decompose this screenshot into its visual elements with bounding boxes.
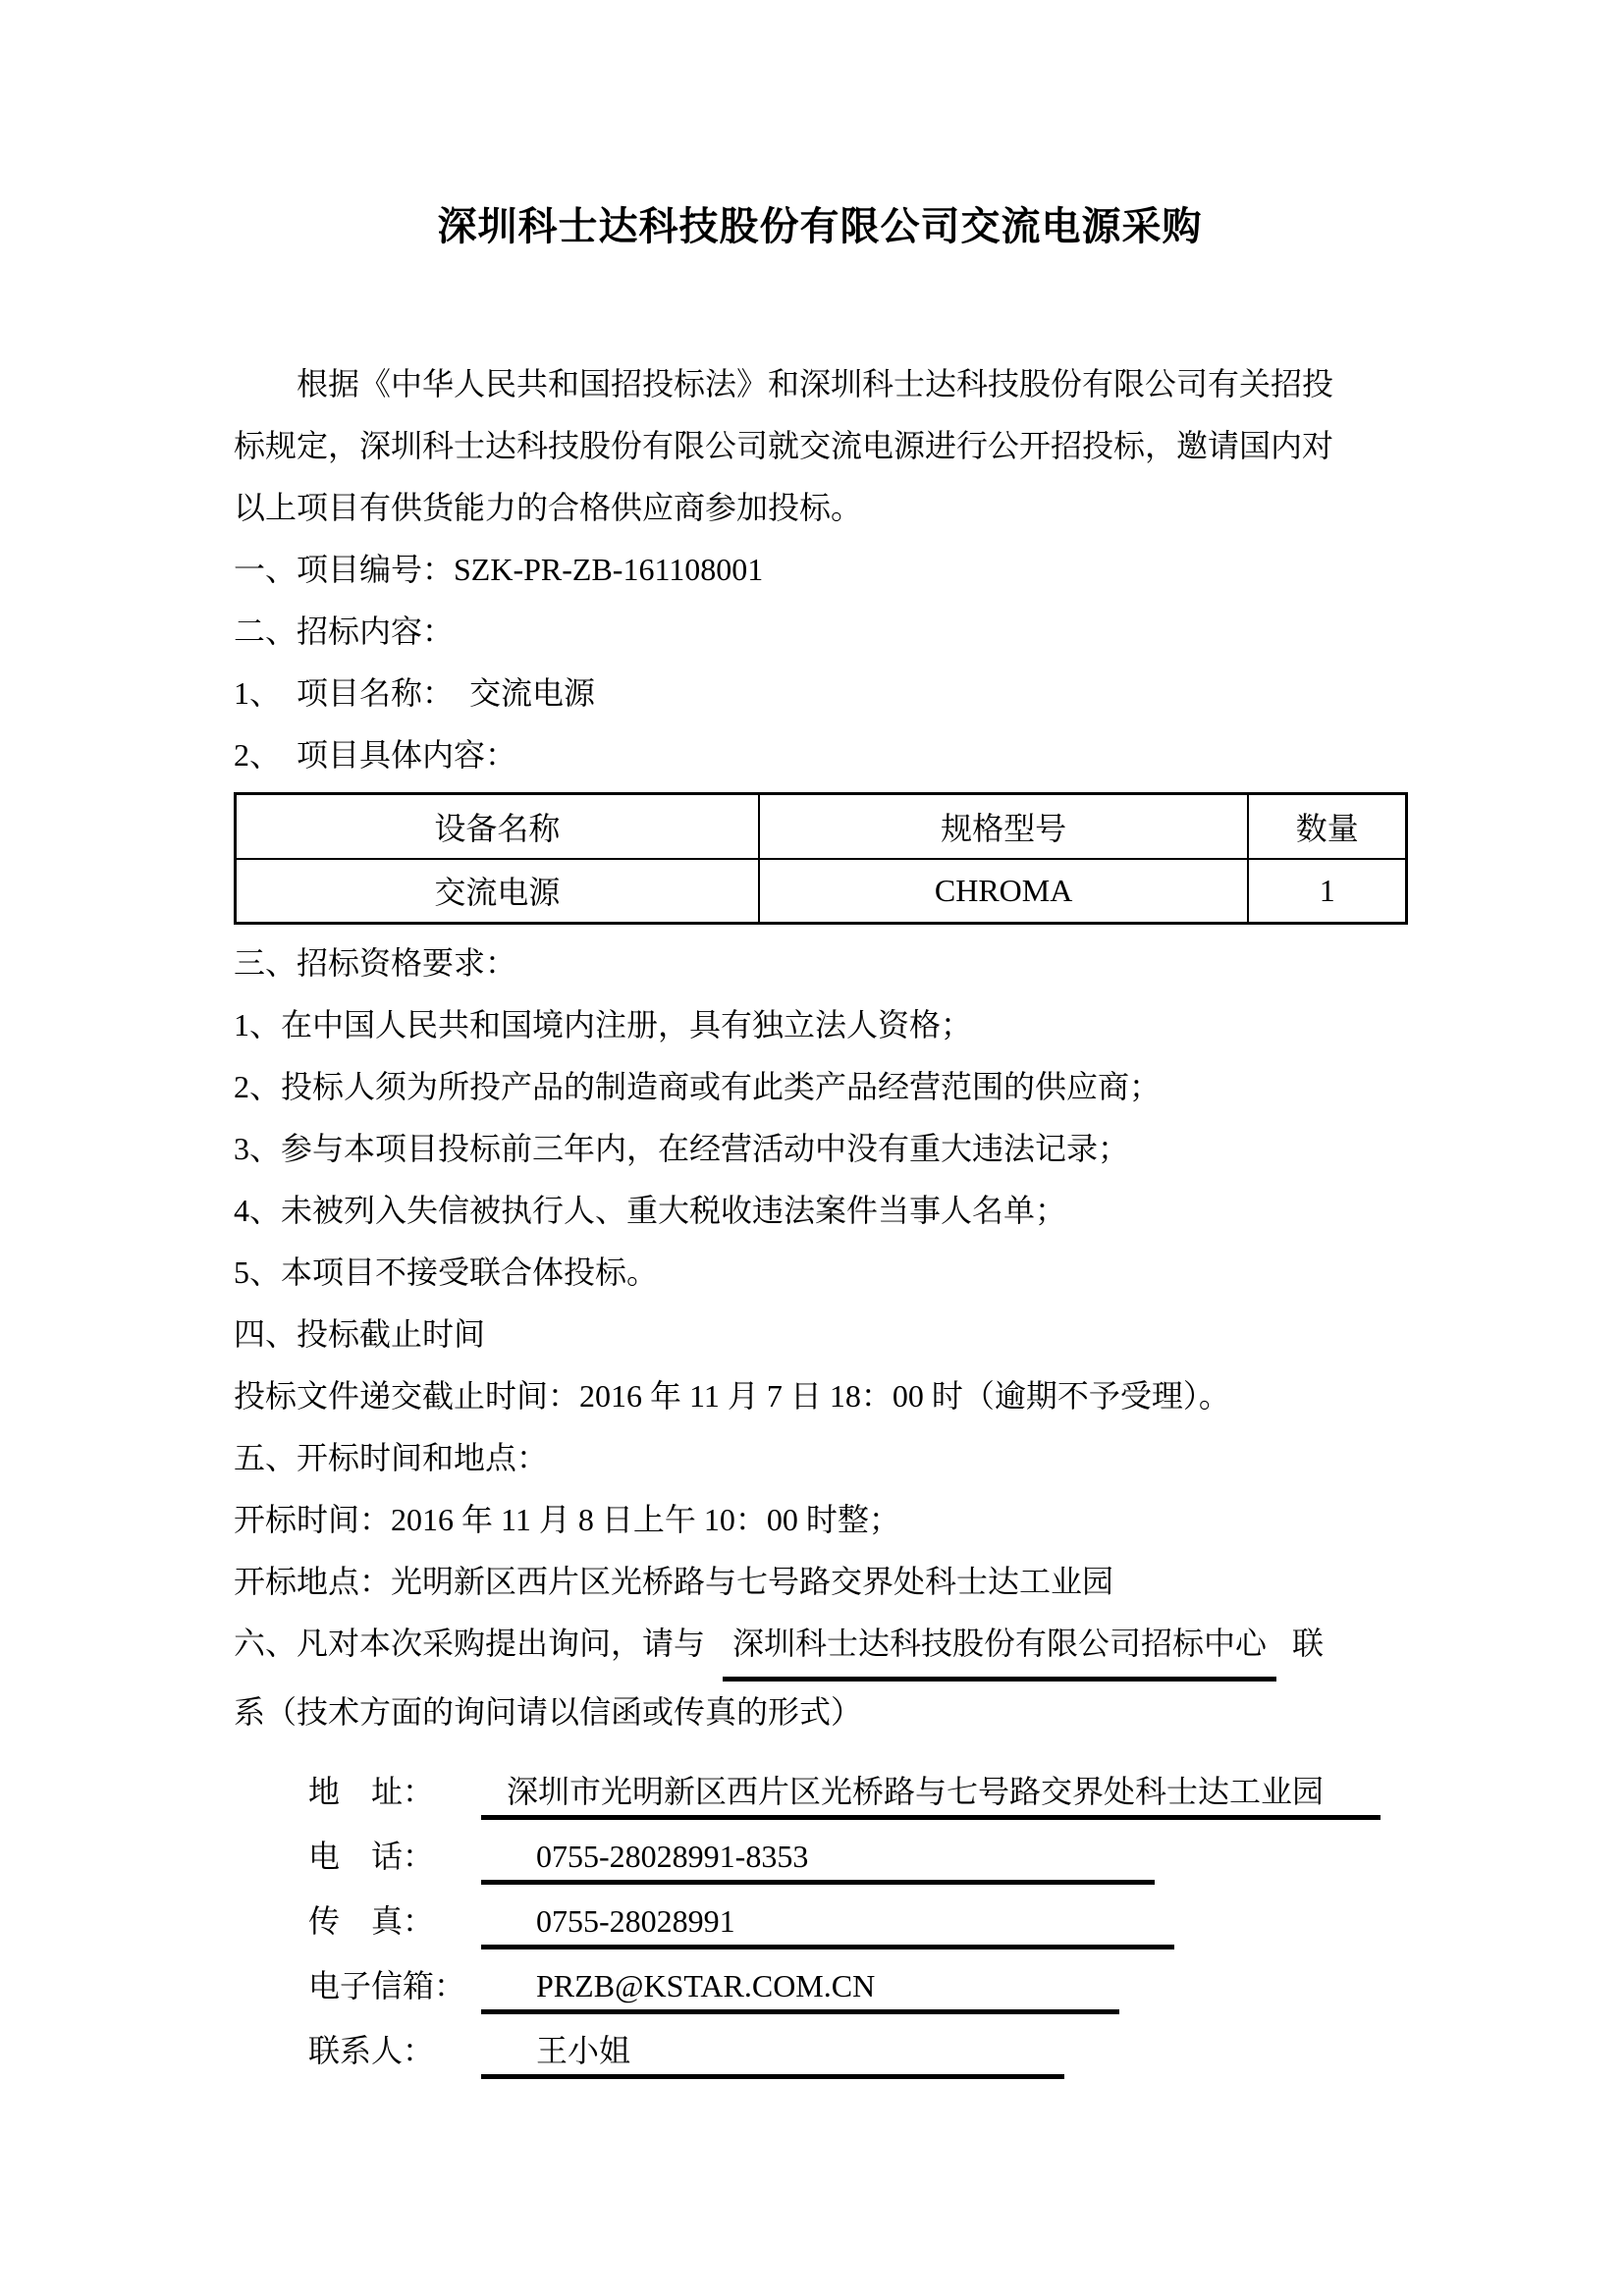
email-value: PRZB@KSTAR.COM.CN xyxy=(481,1962,1119,2014)
requirement-1: 1、在中国人民共和国境内注册，具有独立法人资格； xyxy=(234,994,1406,1056)
fax-value: 0755-28028991 xyxy=(481,1897,1174,1949)
section-opening: 五、开标时间和地点： xyxy=(234,1427,1406,1489)
cell-device-name: 交流电源 xyxy=(236,859,759,924)
section-bid-deadline: 四、投标截止时间 xyxy=(234,1304,1406,1365)
fax-label: 传 真： xyxy=(308,1889,481,1953)
bid-deadline-text: 投标文件递交截止时间：2016 年 11 月 7 日 18：00 时（逾期不予受… xyxy=(234,1365,1406,1427)
header-device-name: 设备名称 xyxy=(236,794,759,859)
intro-line-3: 以上项目有供货能力的合格供应商参加投标。 xyxy=(234,477,1406,539)
cell-quantity: 1 xyxy=(1248,859,1406,924)
intro-line-1: 根据《中华人民共和国招投标法》和深圳科士达科技股份有限公司有关招投 xyxy=(234,353,1406,415)
section-project-number: 一、项目编号：SZK-PR-ZB-161108001 xyxy=(234,539,1406,601)
contact-person-label: 联系人： xyxy=(308,2018,481,2083)
address-value: 深圳市光明新区西片区光桥路与七号路交界处科士达工业园 xyxy=(481,1768,1380,1820)
table-row: 交流电源 CHROMA 1 xyxy=(236,859,1407,924)
contact-row-fax: 传 真：0755-28028991 xyxy=(234,1889,1406,1953)
inquiry-line-2: 系（技术方面的询问请以信函或传真的形式） xyxy=(234,1682,1406,1743)
section-qualification: 三、招标资格要求： xyxy=(234,933,1406,994)
contact-person-value: 王小姐 xyxy=(481,2027,1064,2079)
item-project-name: 1、 项目名称： 交流电源 xyxy=(234,663,1406,724)
inquiry-center-underlined: 深圳科士达科技股份有限公司招标中心 xyxy=(723,1613,1276,1682)
item-project-detail: 2、 项目具体内容： xyxy=(234,724,1406,786)
phone-value: 0755-28028991-8353 xyxy=(481,1833,1155,1885)
intro-line-2: 标规定，深圳科士达科技股份有限公司就交流电源进行公开招投标，邀请国内对 xyxy=(234,415,1406,477)
email-label: 电子信箱： xyxy=(308,1953,481,2018)
opening-place: 开标地点：光明新区西片区光桥路与七号路交界处科士达工业园 xyxy=(234,1551,1406,1613)
cell-spec-model: CHROMA xyxy=(759,859,1249,924)
requirement-3: 3、参与本项目投标前三年内，在经营活动中没有重大违法记录； xyxy=(234,1118,1406,1180)
requirement-2: 2、投标人须为所投产品的制造商或有此类产品经营范围的供应商； xyxy=(234,1056,1406,1118)
inquiry-prefix: 六、凡对本次采购提出询问，请与 xyxy=(234,1626,705,1661)
table-header-row: 设备名称 规格型号 数量 xyxy=(236,794,1407,859)
contact-row-phone: 电 话：0755-28028991-8353 xyxy=(234,1824,1406,1889)
section-tender-content: 二、招标内容： xyxy=(234,601,1406,663)
document-title: 深圳科士达科技股份有限公司交流电源采购 xyxy=(234,202,1406,251)
requirement-5: 5、本项目不接受联合体投标。 xyxy=(234,1242,1406,1304)
requirement-4: 4、未被列入失信被执行人、重大税收违法案件当事人名单； xyxy=(234,1180,1406,1242)
header-quantity: 数量 xyxy=(1248,794,1406,859)
equipment-table: 设备名称 规格型号 数量 交流电源 CHROMA 1 xyxy=(234,792,1408,925)
contact-block: 地 址：深圳市光明新区西片区光桥路与七号路交界处科士达工业园 电 话：0755-… xyxy=(234,1759,1406,2083)
section-inquiry: 六、凡对本次采购提出询问，请与深圳科士达科技股份有限公司招标中心联 xyxy=(234,1613,1406,1682)
header-spec-model: 规格型号 xyxy=(759,794,1249,859)
contact-row-person: 联系人：王小姐 xyxy=(234,2018,1406,2083)
phone-label: 电 话： xyxy=(308,1824,481,1889)
inquiry-suffix: 联 xyxy=(1292,1626,1324,1661)
address-label: 地 址： xyxy=(308,1759,481,1824)
document-page: 深圳科士达科技股份有限公司交流电源采购 根据《中华人民共和国招投标法》和深圳科士… xyxy=(0,0,1624,2296)
contact-row-email: 电子信箱：PRZB@KSTAR.COM.CN xyxy=(234,1953,1406,2018)
contact-row-address: 地 址：深圳市光明新区西片区光桥路与七号路交界处科士达工业园 xyxy=(234,1759,1406,1824)
opening-time: 开标时间：2016 年 11 月 8 日上午 10：00 时整； xyxy=(234,1489,1406,1551)
